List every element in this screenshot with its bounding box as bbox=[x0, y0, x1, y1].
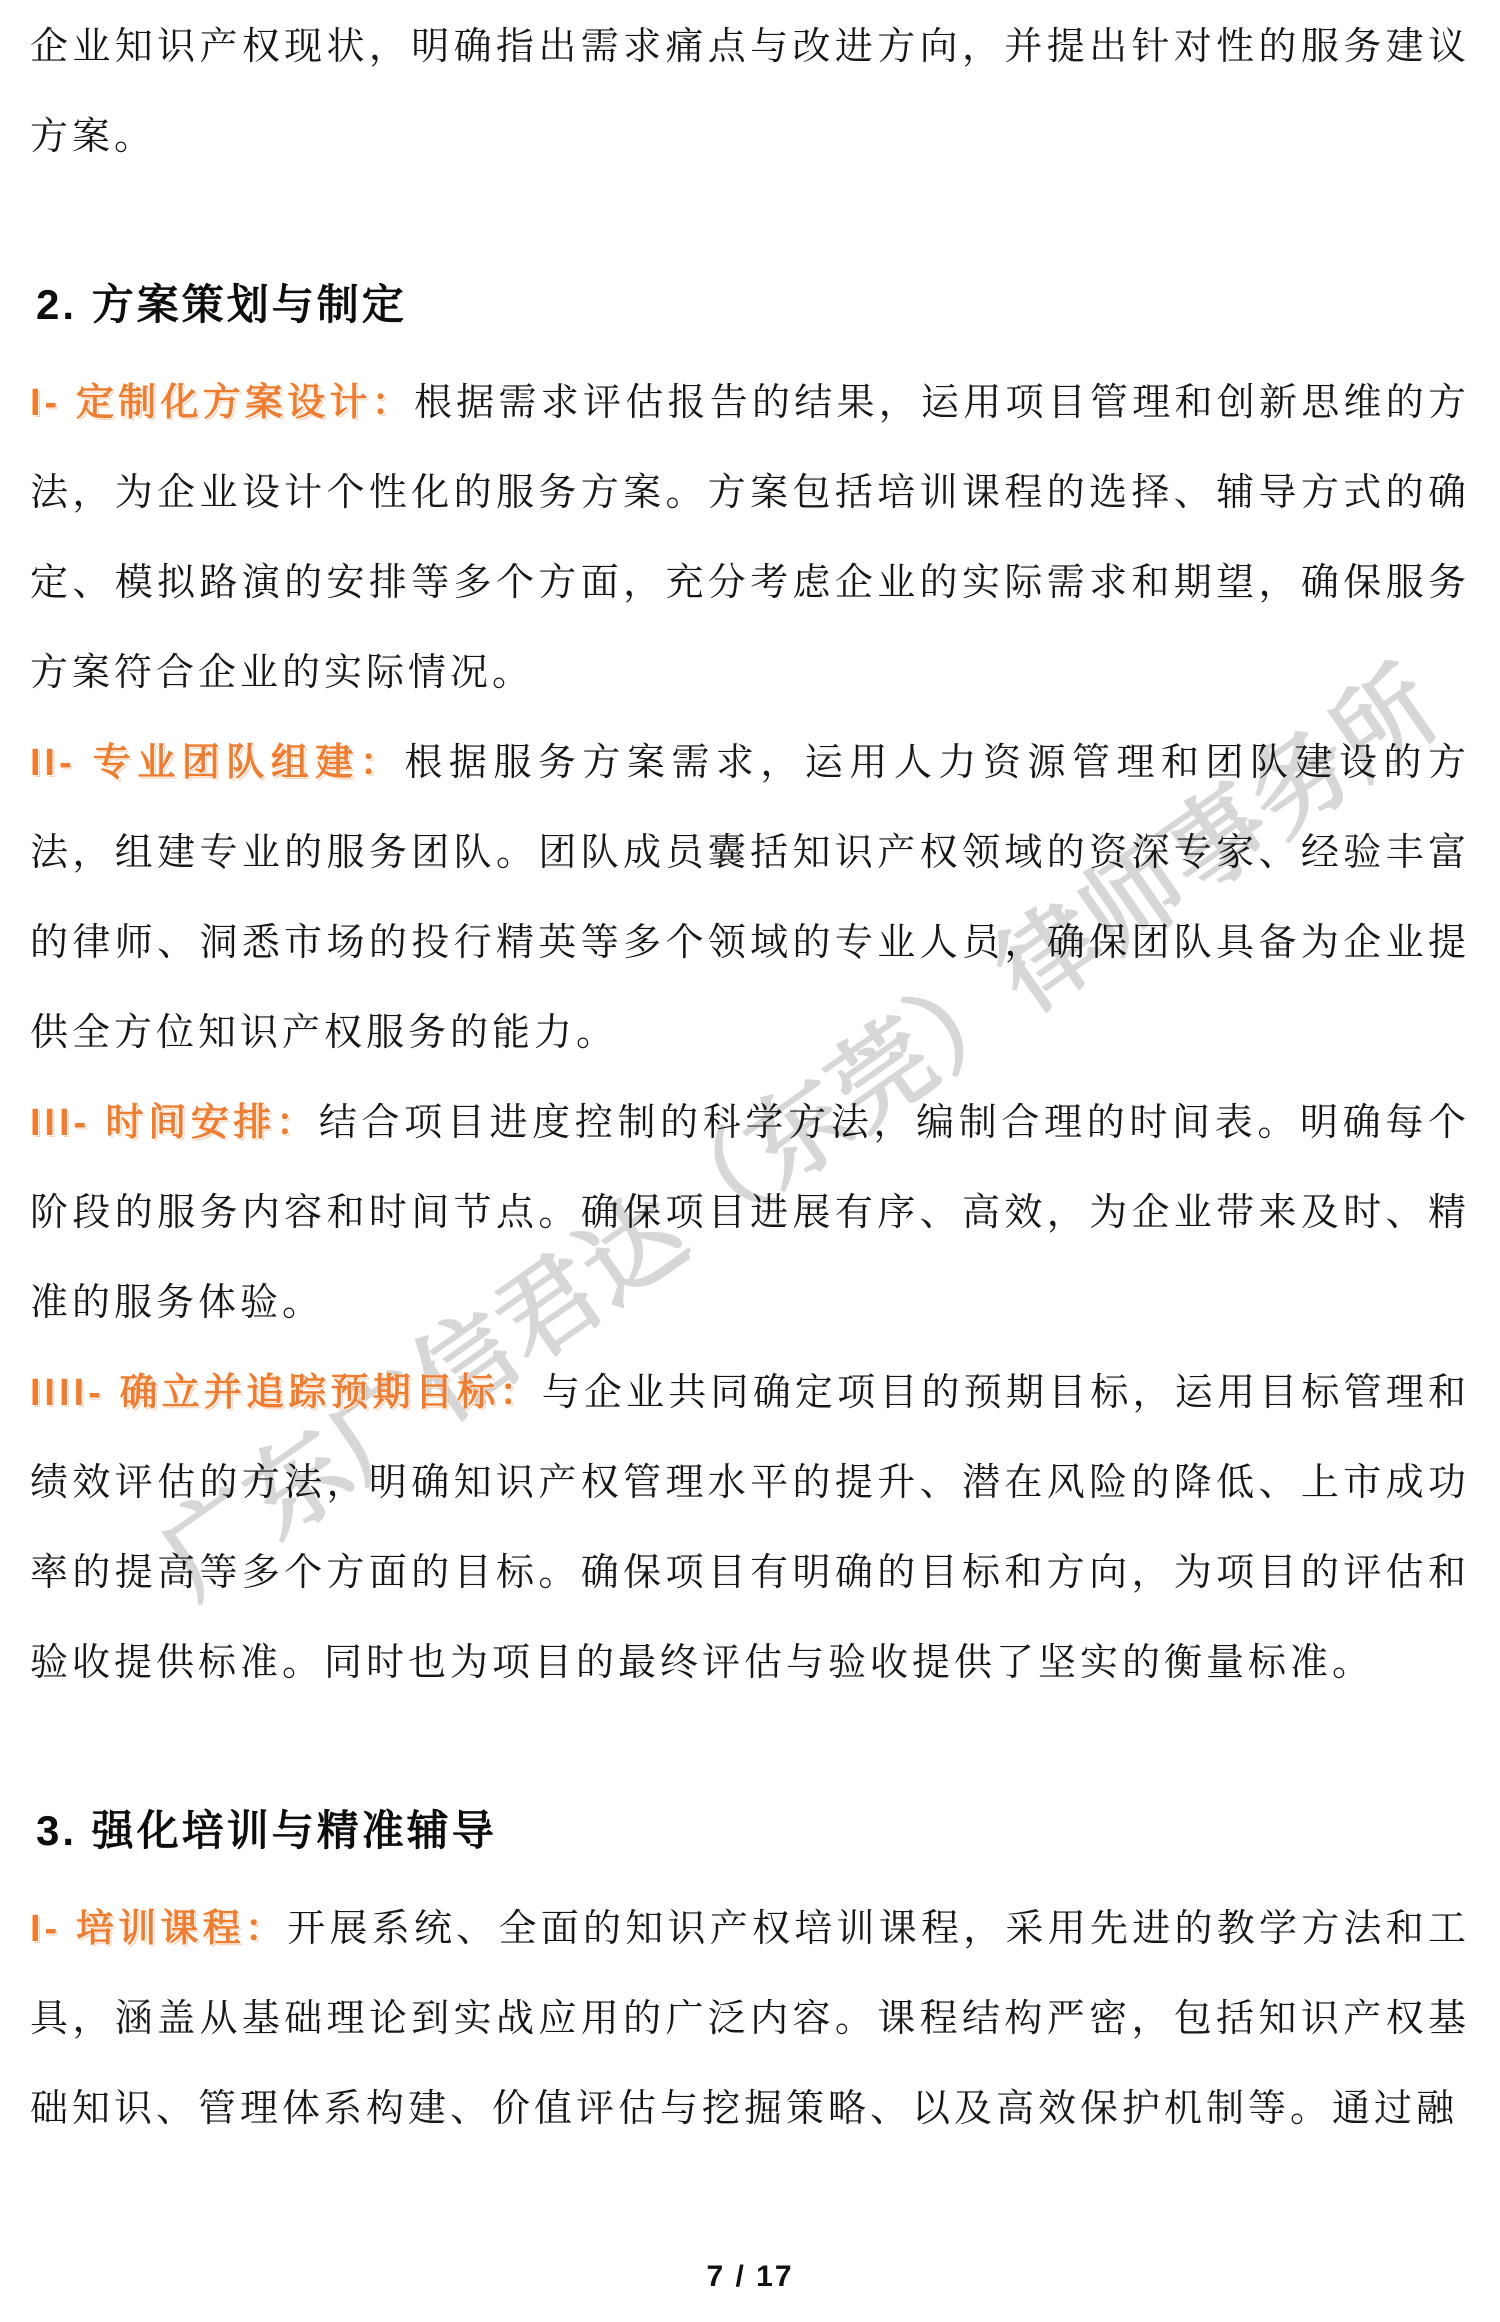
item-label-time-arrangement: III- 时间安排： bbox=[30, 1102, 319, 1144]
document-content: 企业知识产权现状，明确指出需求痛点与改进方向，并提出针对性的服务建议方案。 2.… bbox=[0, 0, 1500, 2154]
item-label-custom-plan-design: I- 定制化方案设计： bbox=[30, 382, 414, 424]
section-heading-2: 2. 方案策划与制定 bbox=[36, 282, 1470, 328]
item-label-team-building: II- 专业团队组建： bbox=[30, 742, 404, 784]
item-label-training-course: I- 培训课程： bbox=[30, 1908, 287, 1950]
paragraph-training-course: I- 培训课程：开展系统、全面的知识产权培训课程，采用先进的教学方法和工具，涵盖… bbox=[30, 1884, 1470, 2154]
paragraph-time-arrangement: III- 时间安排：结合项目进度控制的科学方法，编制合理的时间表。明确每个阶段的… bbox=[30, 1078, 1470, 1348]
section-heading-3: 3. 强化培训与精准辅导 bbox=[36, 1808, 1470, 1854]
item-text-team-building: 根据服务方案需求，运用人力资源管理和团队建设的方法，组建专业的服务团队。团队成员… bbox=[30, 742, 1470, 1054]
paragraph-goal-tracking: IIII- 确立并追踪预期目标：与企业共同确定项目的预期目标，运用目标管理和绩效… bbox=[30, 1348, 1470, 1708]
paragraph-team-building: II- 专业团队组建：根据服务方案需求，运用人力资源管理和团队建设的方法，组建专… bbox=[30, 718, 1470, 1078]
item-label-goal-tracking: IIII- 确立并追踪预期目标： bbox=[30, 1372, 542, 1414]
item-text-custom-plan-design: 根据需求评估报告的结果，运用项目管理和创新思维的方法，为企业设计个性化的服务方案… bbox=[30, 382, 1470, 694]
paragraph-intro-continuation: 企业知识产权现状，明确指出需求痛点与改进方向，并提出针对性的服务建议方案。 bbox=[30, 2, 1470, 182]
item-text-goal-tracking: 与企业共同确定项目的预期目标，运用目标管理和绩效评估的方法，明确知识产权管理水平… bbox=[30, 1372, 1470, 1684]
page-number: 7 / 17 bbox=[0, 2260, 1500, 2294]
paragraph-custom-plan-design: I- 定制化方案设计：根据需求评估报告的结果，运用项目管理和创新思维的方法，为企… bbox=[30, 358, 1470, 718]
